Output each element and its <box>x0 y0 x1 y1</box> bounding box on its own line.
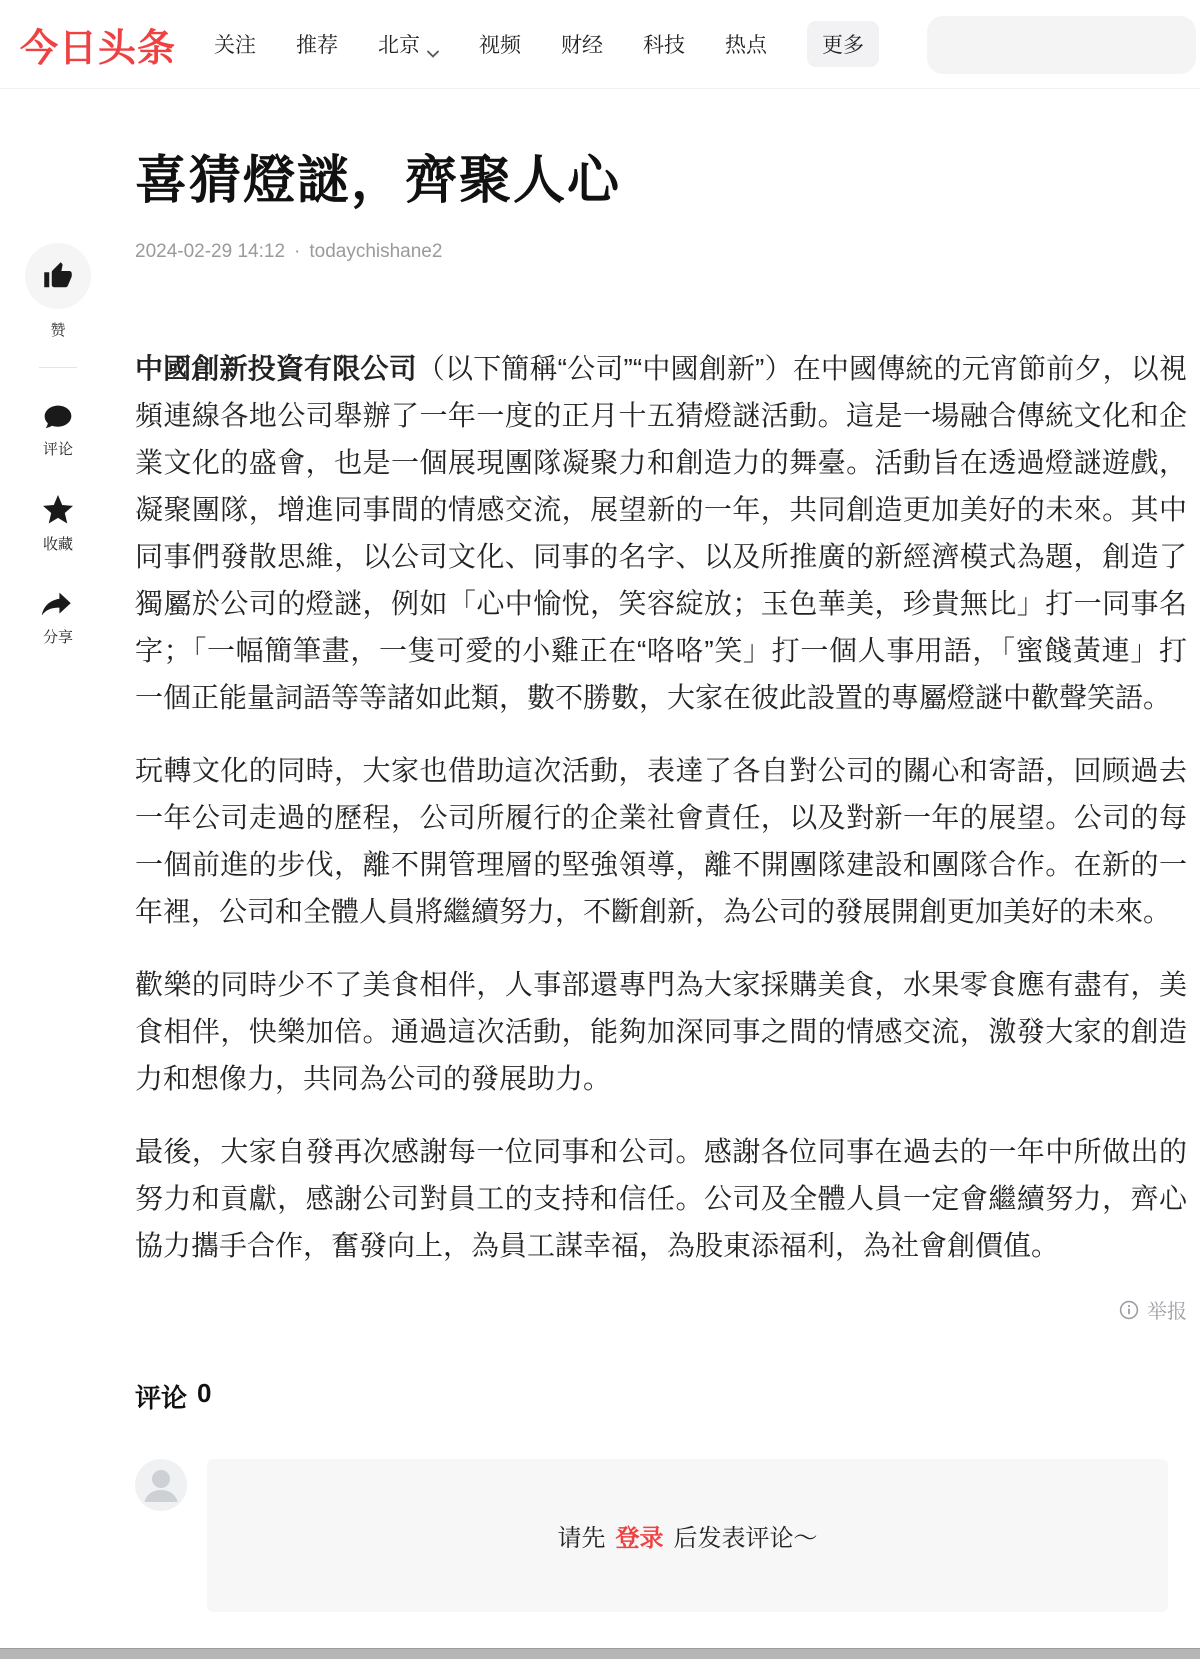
top-navbar: 今日头条 关注 推荐 北京 视频 财经 科技 热点 更多 <box>0 0 1200 89</box>
like-button[interactable]: 赞 <box>22 243 94 340</box>
comments-header: 评论 0 <box>135 1378 1187 1415</box>
nav-label: 推荐 <box>296 29 338 59</box>
avatar <box>135 1459 187 1511</box>
paragraph-lead: 中國創新投資有限公司 <box>135 353 417 384</box>
nav-item-follow[interactable]: 关注 <box>214 29 256 59</box>
comment-button[interactable]: 评论 <box>22 401 94 459</box>
share-label: 分享 <box>22 629 94 647</box>
report-label: 举报 <box>1147 1295 1187 1324</box>
comments-title-label: 评论 <box>135 1378 187 1415</box>
report-button[interactable]: 举报 <box>135 1295 1187 1324</box>
like-label: 赞 <box>22 322 94 340</box>
comment-label: 评论 <box>22 441 94 459</box>
toutiao-logo[interactable]: 今日头条 <box>20 17 176 72</box>
article-container: 喜猜燈謎，齊聚人心 2024-02-29 14:12 · todaychisha… <box>135 89 1187 1612</box>
comment-input-box[interactable]: 请先 登录 后发表评论～ <box>207 1459 1168 1612</box>
favorite-button[interactable]: 收藏 <box>22 492 94 554</box>
nav-item-tech[interactable]: 科技 <box>643 29 685 59</box>
comments-count: 0 <box>197 1378 211 1415</box>
article-meta: 2024-02-29 14:12 · todaychishane2 <box>135 241 1187 263</box>
bottom-gray-bar <box>0 1648 1200 1659</box>
favorite-label: 收藏 <box>22 536 94 554</box>
nav-label: 科技 <box>643 29 685 59</box>
paragraph-text: 歡樂的同時少不了美食相伴，人事部還專門為大家採購美食，水果零食應有盡有，美食相伴… <box>135 969 1187 1094</box>
nav-item-hot[interactable]: 热点 <box>725 29 767 59</box>
nav-item-more[interactable]: 更多 <box>807 21 879 67</box>
nav-label: 热点 <box>725 29 767 59</box>
comment-input-row: 请先 登录 后发表评论～ <box>135 1459 1187 1612</box>
article-action-sidebar: 赞 评论 收藏 分享 <box>22 243 94 647</box>
share-button[interactable]: 分享 <box>22 587 94 647</box>
nav-label: 关注 <box>214 29 256 59</box>
meta-separator: · <box>294 241 300 263</box>
share-icon <box>22 587 94 621</box>
paragraph: 歡樂的同時少不了美食相伴，人事部還專門為大家採購美食，水果零食應有盡有，美食相伴… <box>135 961 1187 1102</box>
nav-item-recommend[interactable]: 推荐 <box>296 29 338 59</box>
nav-label: 北京 <box>378 29 420 59</box>
star-icon <box>22 492 94 528</box>
nav-item-video[interactable]: 视频 <box>479 29 521 59</box>
info-icon <box>1119 1300 1139 1320</box>
login-prompt-suffix: 后发表评论～ <box>674 1518 818 1553</box>
article-title: 喜猜燈謎，齊聚人心 <box>135 89 1187 211</box>
login-prompt-prefix: 请先 <box>558 1518 606 1553</box>
nav-item-beijing[interactable]: 北京 <box>378 29 439 59</box>
thumbs-up-icon <box>43 261 73 291</box>
chevron-down-icon <box>427 40 439 48</box>
paragraph: 玩轉文化的同時，大家也借助這次活動，表達了各自對公司的關心和寄語，回顾過去一年公… <box>135 747 1187 935</box>
nav-label: 更多 <box>822 29 864 59</box>
nav-item-finance[interactable]: 财经 <box>561 29 603 59</box>
like-button-circle <box>25 243 91 309</box>
publish-time: 2024-02-29 14:12 <box>135 241 285 263</box>
paragraph-text: （以下簡稱“公司”“中國創新”）在中國傳統的元宵節前夕，以視頻連線各地公司舉辦了… <box>135 353 1187 713</box>
paragraph-text: 最後，大家自發再次感謝每一位同事和公司。感謝各位同事在過去的一年中所做出的努力和… <box>135 1136 1187 1261</box>
comment-icon <box>22 401 94 433</box>
paragraph-text: 玩轉文化的同時，大家也借助這次活動，表達了各自對公司的關心和寄語，回顾過去一年公… <box>135 755 1187 927</box>
nav-label: 财经 <box>561 29 603 59</box>
search-input[interactable] <box>927 16 1196 74</box>
author-name[interactable]: todaychishane2 <box>309 241 442 263</box>
sidebar-divider <box>39 367 77 368</box>
paragraph: 最後，大家自發再次感謝每一位同事和公司。感謝各位同事在過去的一年中所做出的努力和… <box>135 1128 1187 1269</box>
nav-label: 视频 <box>479 29 521 59</box>
paragraph: 中國創新投資有限公司（以下簡稱“公司”“中國創新”）在中國傳統的元宵節前夕，以視… <box>135 345 1187 721</box>
article-body: 中國創新投資有限公司（以下簡稱“公司”“中國創新”）在中國傳統的元宵節前夕，以視… <box>135 345 1187 1269</box>
main-nav: 关注 推荐 北京 视频 财经 科技 热点 更多 <box>214 21 879 67</box>
login-link[interactable]: 登录 <box>616 1518 664 1553</box>
